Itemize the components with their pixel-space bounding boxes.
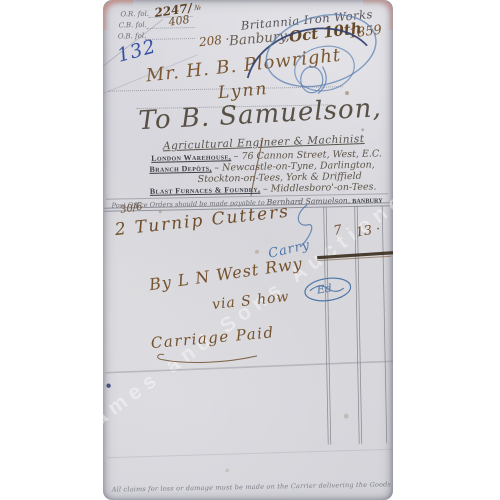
letterhead-label: Blast Furnaces & Foundry, [150, 185, 261, 196]
total-ink-stroke [317, 253, 393, 261]
numero-mark: № [194, 4, 201, 12]
letterhead-detail: – Middlesboro'-on-Tees. [263, 182, 377, 195]
invoice-year: 1859 [348, 23, 383, 42]
ledger-ref-label: C.B. fol. [119, 21, 147, 30]
amount-pence: 13 · [355, 222, 382, 241]
shipping-route-line: By L N West Rwy [148, 254, 304, 295]
auction-photo-page: James and Sons Auctioneers O.R. fol. C.B… [0, 0, 500, 500]
paper-content: O.R. fol. C.B. fol. O.B. fol. 2247/ 408 … [103, 0, 393, 500]
carriage-paid-note: Carriage Paid [150, 323, 275, 352]
payee-title: To B. Samuelson, [138, 93, 383, 136]
money-column-rules [324, 205, 387, 444]
invoice-photo: James and Sons Auctioneers O.R. fol. C.B… [103, 0, 393, 500]
letterhead-label: London Warehouse, [151, 152, 231, 163]
claims-footnote: All claims for loss or damage must be ma… [107, 480, 393, 494]
letterhead-label: Branch Depôts, [149, 164, 212, 174]
amount-shillings: 7 [333, 223, 344, 239]
shipping-via-line: via S how [211, 289, 290, 313]
flourish-underline [158, 352, 258, 363]
shipping-circled-note: Ed [316, 282, 333, 297]
place-name: Banbury, [228, 28, 290, 49]
ledger-ref-label: O.R. fol. [120, 10, 149, 19]
entry-number: 208 · [198, 32, 230, 49]
item-ref: 30/6 [119, 202, 143, 216]
